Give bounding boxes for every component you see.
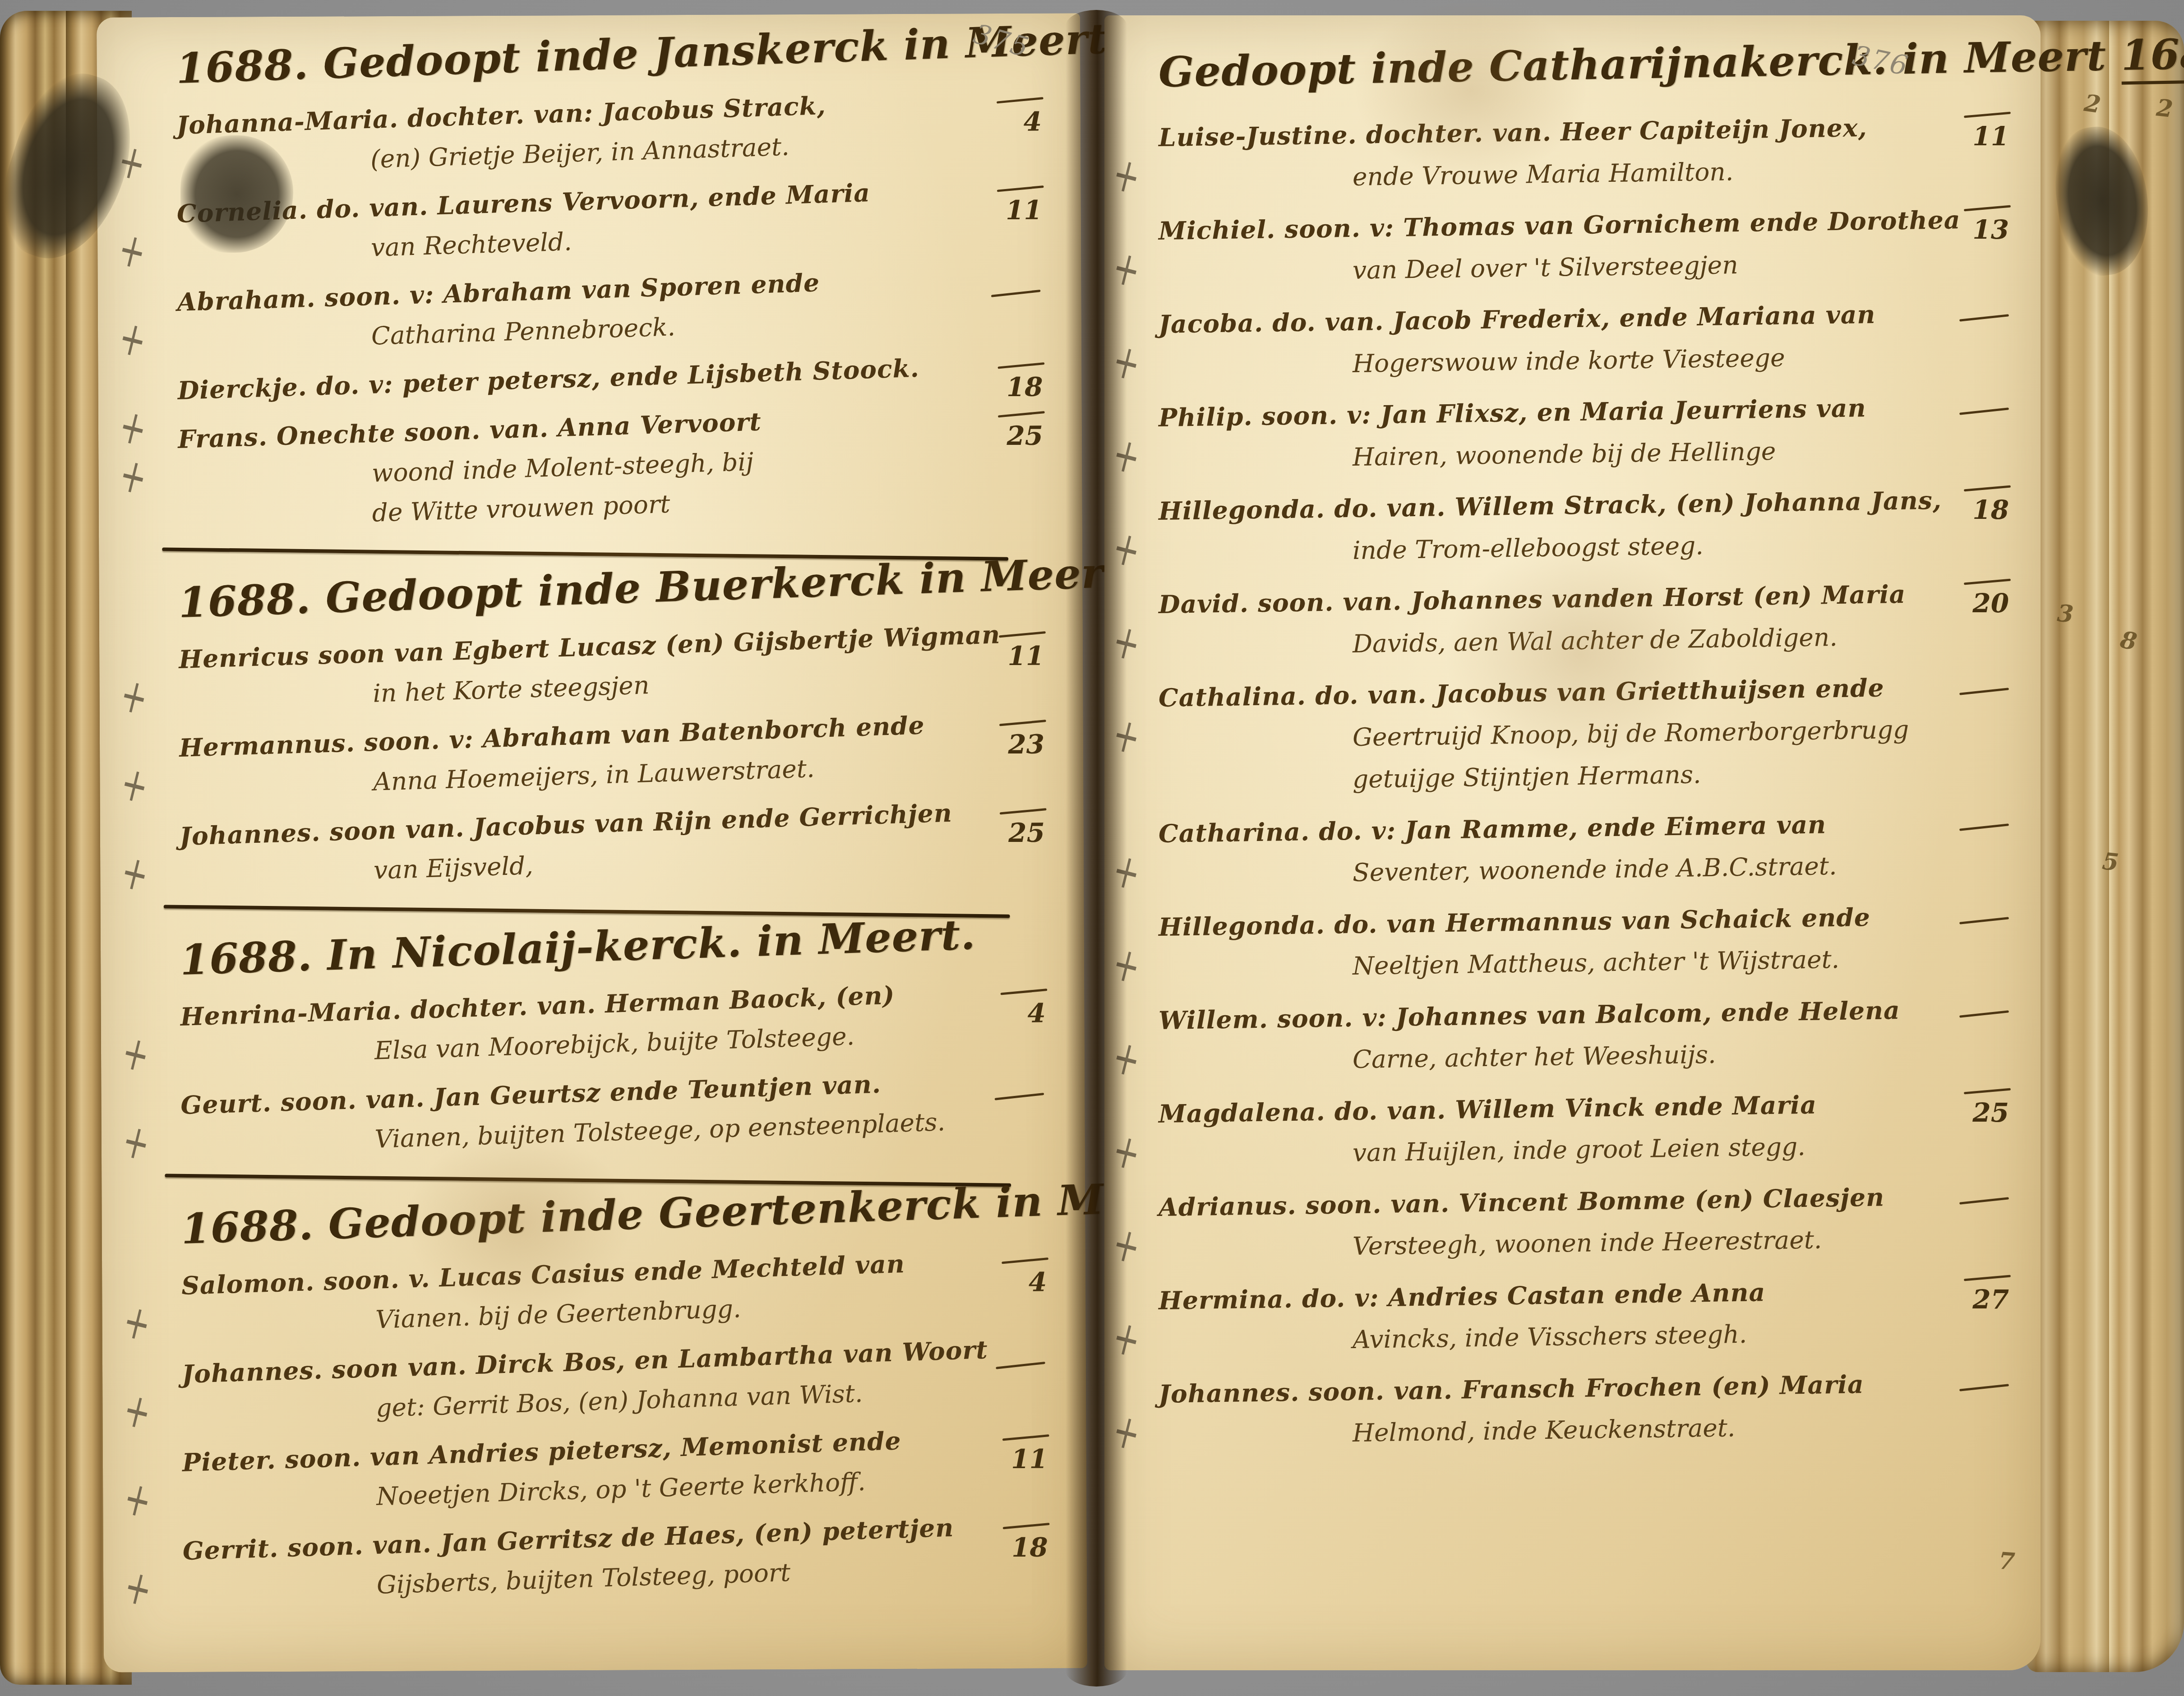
baptism-entry: +Hermina. do. v: Andries Castan ende Ann… [1159, 1280, 1955, 1364]
section-header: 1688. Gedoopt inde Buerkerck in Meert. [178, 551, 1016, 627]
right-header-year: 1688 [2121, 29, 2184, 85]
right-header-main: Gedoopt inde Catharijnakerck. in Meert [1158, 31, 2122, 97]
day-number: 4 [1027, 998, 1046, 1029]
baptism-entry: +Willem. soon. v: Johannes van Balcom, e… [1159, 999, 1955, 1084]
day-number: 11 [1006, 195, 1042, 226]
left-page: 375 1688. Gedoopt inde Janskerck in Meer… [97, 13, 1087, 1672]
paper-stain [1444, 541, 1714, 767]
day-number: 27 [1972, 1284, 2009, 1315]
day-number: 11 [1007, 641, 1044, 671]
paper-stain [1353, 0, 1588, 180]
right-page-entries: +Luise-Justine. dochter. van. Heer Capit… [1159, 116, 1955, 1457]
left-page-sections: 1688. Gedoopt inde Janskerck in Meert.+J… [176, 41, 1019, 1611]
baptism-entry: +Geurt. soon. van. Jan Geurtsz ende Teun… [180, 1082, 1017, 1165]
baptism-entry: +Philip. soon. v: Jan Flixsz, en Maria J… [1159, 397, 1955, 481]
baptism-entry: +Michiel. soon. v: Thomas van Gornichem … [1159, 210, 1955, 294]
baptism-entry: +Frans. Onechte soon. van. Anna Vervoort… [178, 416, 1015, 539]
day-number: 25 [1008, 818, 1045, 848]
section-header: 1688. Gedoopt inde Janskerck in Meert. [175, 17, 1013, 93]
baptism-entry: +Adrianus. soon. van. Vincent Bomme (en)… [1159, 1186, 1955, 1271]
cross-mark-icon: + [114, 446, 153, 506]
cross-mark-icon: + [118, 1293, 157, 1353]
margin-dash [1959, 917, 2009, 924]
cross-mark-icon: + [113, 221, 152, 281]
day-number: 23 [1008, 729, 1044, 760]
day-number: 13 [1972, 214, 2009, 245]
baptism-entry: +Johannes. soon van. Jacobus van Rijn en… [180, 813, 1016, 896]
section-header: 1688. In Nicolaij-kerck. in Meert. [179, 909, 1017, 984]
cross-mark-icon: + [115, 666, 154, 726]
edge-bleed-digit: 2 [2155, 94, 2174, 123]
margin-dash [1959, 1010, 2009, 1017]
baptism-entry: +Gerrit. soon. van. Jan Gerritsz de Haes… [183, 1528, 1020, 1611]
cross-mark-icon: + [118, 1381, 157, 1441]
baptism-entry: +Jacoba. do. van. Jacob Frederix, ende M… [1159, 303, 1955, 388]
day-number: 11 [1011, 1444, 1048, 1474]
cross-mark-icon: + [117, 1112, 156, 1172]
margin-dash [1959, 314, 2009, 321]
day-number: 25 [1007, 421, 1043, 451]
margin-dash [1959, 688, 2009, 695]
edge-bleed-digit: 5 [2101, 847, 2120, 876]
margin-dash [1959, 407, 2009, 415]
day-number: 20 [1972, 588, 2009, 619]
day-number: 25 [1972, 1097, 2009, 1128]
day-number: 11 [1972, 121, 2009, 152]
baptism-entry: +Hillegonda. do. van Hermannus van Schai… [1159, 906, 1955, 990]
day-number: 18 [1972, 494, 2009, 525]
paper-stain [406, 1128, 632, 1317]
margin-dash [1959, 823, 2009, 831]
cross-mark-icon: + [119, 1470, 157, 1530]
day-number: 18 [1011, 1532, 1048, 1563]
cross-mark-icon: + [116, 1024, 155, 1084]
manuscript-photo: 375 1688. Gedoopt inde Janskerck in Meer… [0, 0, 2184, 1696]
margin-dash [1959, 1384, 2009, 1391]
edge-bleed-digit: 3 [2056, 600, 2074, 628]
cross-mark-icon: + [113, 309, 152, 369]
day-number: 4 [1029, 1267, 1047, 1298]
cross-mark-icon: + [119, 1558, 157, 1618]
baptism-entry: +Magdalena. do. van. Willem Vinck ende M… [1159, 1093, 1955, 1177]
right-page: 376 Gedoopt inde Catharijnakerck. in Mee… [1104, 15, 2041, 1670]
baptism-entry: +Catharina. do. v: Jan Ramme, ende Eimer… [1159, 813, 1955, 897]
edge-bleed-digit: 7 [1998, 1547, 2016, 1576]
cross-mark-icon: + [116, 843, 155, 903]
baptism-entry: +Johannes. soon. van. Fransch Frochen (e… [1159, 1373, 1955, 1457]
day-number: 4 [1024, 106, 1042, 137]
cross-mark-icon: + [115, 755, 154, 815]
book-gutter-shadow [1066, 10, 1127, 1687]
margin-dash [1959, 1197, 2009, 1204]
